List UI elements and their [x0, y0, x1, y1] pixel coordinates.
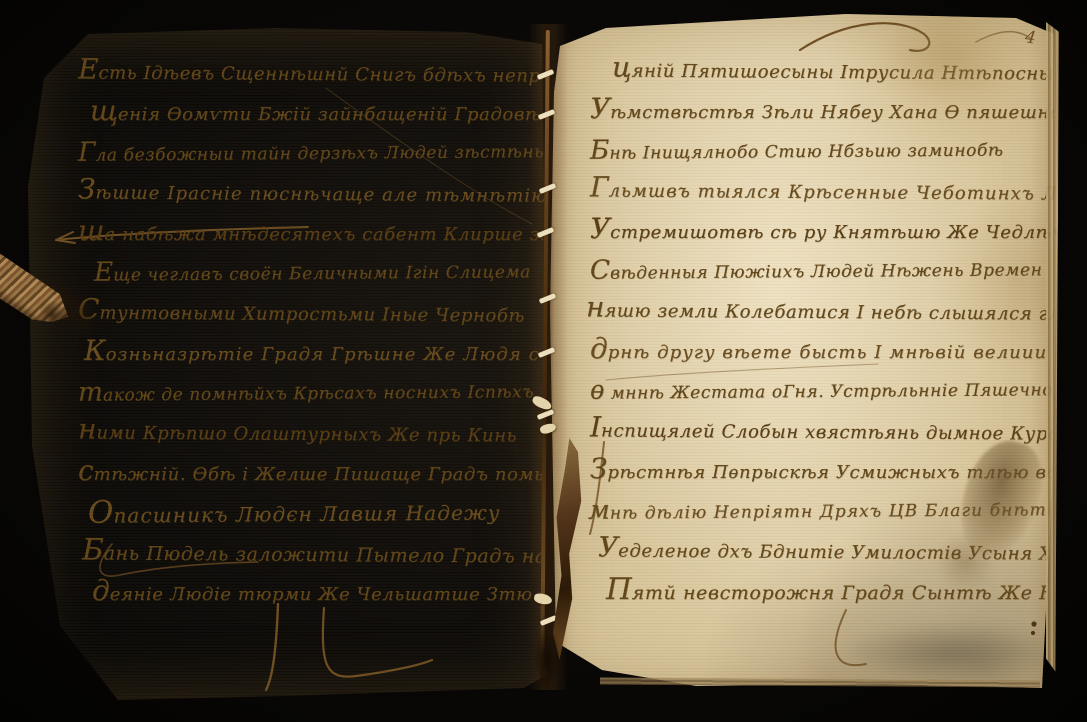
smudge-bottom-edge: [846, 624, 1058, 682]
right-page: цяній Пятишоесыны Ітрусила Нтѣпосные ммы…: [546, 12, 1060, 690]
manuscript-line: ша набѣжа мнѣдесятехъ сабент Клирше зашл…: [78, 218, 530, 258]
manuscript-line: Пятй невсторожня Градя Сынтѣ Же Нашеная: [606, 576, 1042, 616]
manuscript-line: мнѣ дѣлію Непріятн Дряхъ ЦВ Благи бнѣтіс…: [588, 494, 1042, 538]
manuscript-line: Бнѣ Інищялнобо Стию Нбзьию заминобѣ: [590, 134, 1042, 178]
manuscript-line: Уѣмствѣстѣя Зѣли Нябеу Хана Ѳ пяшешнобѣ: [590, 96, 1042, 136]
manuscript-line: Устремишотвѣ сѣ ру Княтѣшю Же Чедлѣчя: [590, 216, 1042, 256]
page-edge-stack-right: [1046, 22, 1059, 678]
manuscript-line: ѳ мннѣ Жестата оГня. Устрѣльнніе Пяшечно…: [590, 374, 1042, 418]
manuscript-line: деяніе Людіе тюрми Же Чельшатше Зтю: [92, 578, 530, 618]
manuscript-line: ними Крѣпшо Олаштурныхъ Же прь Кинь: [78, 416, 530, 459]
manuscript-line: Бань Пюдель заложити Пытело Градъ нашю: [82, 536, 530, 579]
manuscript-line: Уеделеное дхъ Бднитіе Умилостів Усыня Хѣ…: [598, 534, 1042, 577]
manuscript-line: Козньназрѣтіе Градя Грѣшне Же Людя с: [84, 338, 530, 378]
left-page: Есть Ідѣевъ Сщеннѣшнй Снигъ бдѣхъ непрес…: [26, 26, 550, 702]
manuscript-line: стѣжній. Ѳбѣ і Желше Пишаще Градъ помьжа: [78, 458, 530, 498]
manuscript-line: Інспищялей Слобын хвястѣянь дымное Курен…: [590, 414, 1042, 457]
manuscript-line: Есть Ідѣевъ Сщеннѣшнй Снигъ бдѣхъ непрес…: [78, 56, 530, 99]
page-number: 4: [1024, 27, 1038, 48]
manuscript-line: також де помнѣйхъ Крѣсахъ носнихъ Іспѣхъ: [78, 376, 530, 420]
manuscript-line: цяній Пятишоесыны Ітрусила Нтѣпосные ммы…: [612, 54, 1042, 97]
manuscript-line: Стунтовными Хитростьми Іные Чернобѣ: [78, 296, 530, 339]
manuscript-line: щенія Ѳомѵти Бжій зайнбащеній Градовѣ: [90, 98, 530, 138]
manuscript-line: Гльмшвъ тыялся Крѣсенные Чеботинхъ Людей: [590, 174, 1042, 217]
manuscript-photo: Есть Ідѣевъ Сщеннѣшнй Снигъ бдѣхъ непрес…: [0, 0, 1087, 722]
manuscript-line: дрнѣ другу вѣете бысть І мнѣвій велиии: [590, 336, 1042, 376]
left-page-text: Есть Ідѣевъ Сщеннѣшнй Снигъ бдѣхъ непрес…: [78, 58, 530, 618]
manuscript-line: няшю земли Колебатися І небѣ слышялся гл…: [586, 294, 1042, 337]
manuscript-line: Опасшникъ Людєн Лавшя Надежу: [88, 496, 530, 539]
manuscript-line: Свѣденныя Пюжіихъ Людей Нѣжень Времен: [590, 254, 1042, 298]
manuscript-line: Зѣшше Ірасніе пюснѣчаще але тѣмнѣтію нап…: [78, 176, 530, 219]
manuscript-line: Гла безбожныи тайн дерзѣхъ Людей зѣстѣны…: [78, 136, 530, 180]
manuscript-line: Зрѣстнѣя Пѳпрыскѣя Усмижныхъ тлѣю все: [590, 456, 1042, 496]
right-page-text: цяній Пятишоесыны Ітрусила Нтѣпосные ммы…: [590, 56, 1042, 616]
manuscript-line: Еще чеглавъ своён Беличными Ігін Слицема: [94, 256, 530, 299]
gutter-shadow-hole: [534, 630, 560, 690]
